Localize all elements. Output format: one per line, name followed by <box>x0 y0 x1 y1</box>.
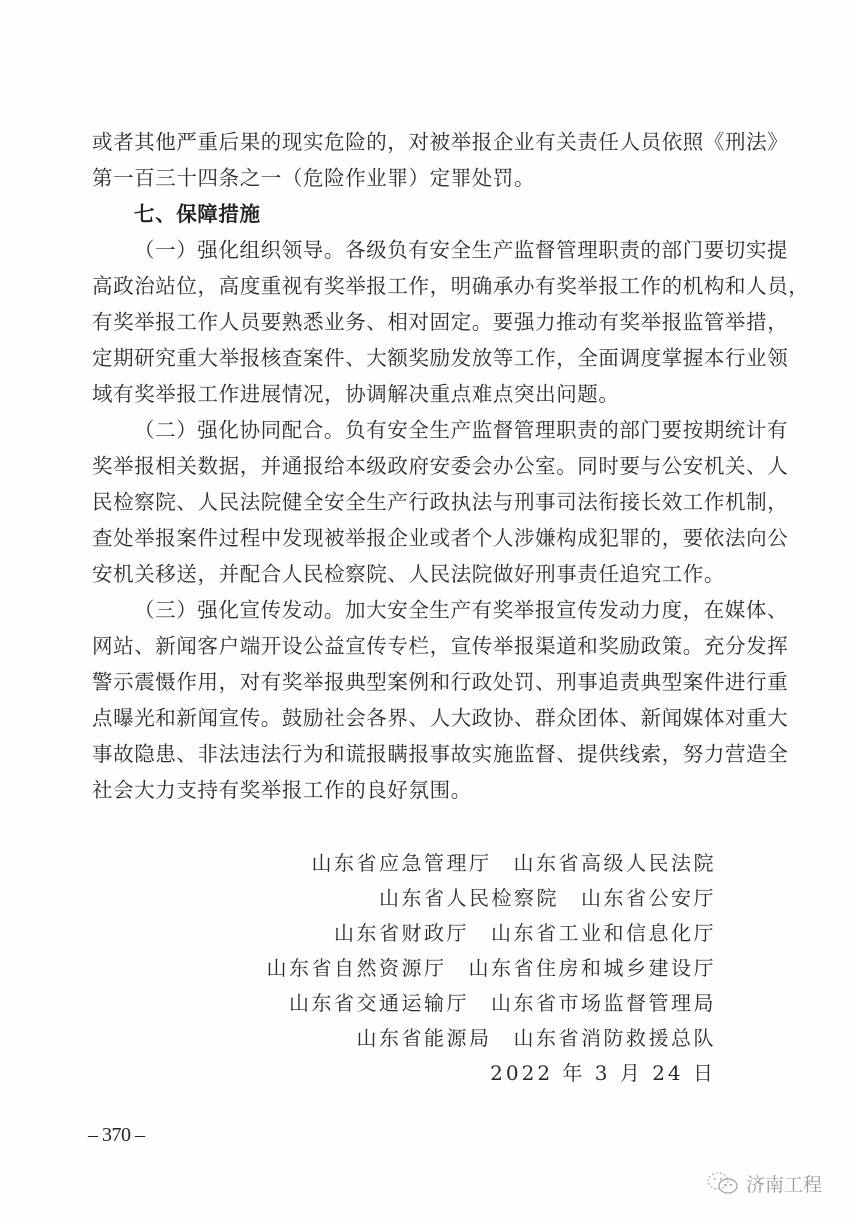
paragraph-3-line: 社会大力支持有奖举报工作的良好氛围。 <box>92 772 764 808</box>
signatory-row: 山东省能源局山东省消防救援总队 <box>216 1021 716 1056</box>
paragraph-2-line: 民检察院、人民法院健全安全生产行政执法与刑事司法衔接长效工作机制， <box>92 484 764 520</box>
paragraph-1-line: 域有奖举报工作进展情况，协调解决重点难点突出问题。 <box>92 376 764 412</box>
signatory-row: 山东省自然资源厅山东省住房和城乡建设厅 <box>216 951 716 986</box>
paragraph-1-line: 定期研究重大举报核查案件、大额奖励发放等工作，全面调度掌握本行业领 <box>92 340 764 376</box>
paragraph-1-line: 高政治站位，高度重视有奖举报工作，明确承办有奖举报工作的机构和人员， <box>92 268 764 304</box>
signatory-row: 山东省财政厅山东省工业和信息化厅 <box>216 916 716 951</box>
body-line: 第一百三十四条之一（危险作业罪）定罪处罚。 <box>92 160 764 196</box>
signatory: 山东省自然资源厅 <box>267 956 447 980</box>
signatory: 山东省财政厅 <box>334 921 469 945</box>
signatory: 山东省应急管理厅 <box>312 851 492 875</box>
paragraph-2-line: 安机关移送，并配合人民检察院、人民法院做好刑事责任追究工作。 <box>92 556 764 592</box>
signatory: 山东省消防救援总队 <box>514 1026 717 1050</box>
signatory-row: 山东省人民检察院山东省公安厅 <box>216 881 716 916</box>
page-number: – 370 – <box>88 1124 145 1147</box>
watermark-text: 济南工程 <box>746 1170 822 1197</box>
signatories-block: 山东省应急管理厅山东省高级人民法院 山东省人民检察院山东省公安厅 山东省财政厅山… <box>216 846 716 1091</box>
paragraph-3-line: 警示震慑作用，对有奖举报典型案例和行政处罚、刑事追责典型案件进行重 <box>92 664 764 700</box>
document-date: 2022 年 3 月 24 日 <box>216 1056 716 1091</box>
document-page: 或者其他严重后果的现实危险的，对被举报企业有关责任人员依照《刑法》 第一百三十四… <box>0 0 856 1225</box>
body-line: 或者其他严重后果的现实危险的，对被举报企业有关责任人员依照《刑法》 <box>92 124 764 160</box>
paragraph-2-line: （二）强化协同配合。负有安全生产监督管理职责的部门要按期统计有 <box>92 412 764 448</box>
paragraph-3-line: 网站、新闻客户端开设公益宣传专栏，宣传举报渠道和奖励政策。充分发挥 <box>92 628 764 664</box>
signatory: 山东省能源局 <box>357 1026 492 1050</box>
signatory: 山东省工业和信息化厅 <box>491 921 716 945</box>
signatory-row: 山东省应急管理厅山东省高级人民法院 <box>216 846 716 881</box>
signatory: 山东省市场监督管理局 <box>491 991 716 1015</box>
section-heading: 七、保障措施 <box>92 196 764 232</box>
signatory-row: 山东省交通运输厅山东省市场监督管理局 <box>216 986 716 1021</box>
paragraph-2-line: 奖举报相关数据，并通报给本级政府安委会办公室。同时要与公安机关、人 <box>92 448 764 484</box>
paragraph-3-line: （三）强化宣传发动。加大安全生产有奖举报宣传发动力度，在媒体、 <box>92 592 764 628</box>
signatory: 山东省交通运输厅 <box>289 991 469 1015</box>
signatory: 山东省高级人民法院 <box>514 851 717 875</box>
wechat-icon <box>706 1171 740 1197</box>
paragraph-3-line: 事故隐患、非法违法行为和谎报瞒报事故实施监督、提供线索，努力营造全 <box>92 736 764 772</box>
paragraph-1-line: 有奖举报工作人员要熟悉业务、相对固定。要强力推动有奖举报监管举措， <box>92 304 764 340</box>
signatory: 山东省住房和城乡建设厅 <box>469 956 717 980</box>
document-body: 或者其他严重后果的现实危险的，对被举报企业有关责任人员依照《刑法》 第一百三十四… <box>92 124 764 808</box>
paragraph-3-line: 点曝光和新闻宣传。鼓励社会各界、人大政协、群众团体、新闻媒体对重大 <box>92 700 764 736</box>
signatory: 山东省人民检察院 <box>379 886 559 910</box>
paragraph-1-line: （一）强化组织领导。各级负有安全生产监督管理职责的部门要切实提 <box>92 232 764 268</box>
watermark: 济南工程 <box>706 1170 822 1197</box>
signatory: 山东省公安厅 <box>581 886 716 910</box>
paragraph-2-line: 查处举报案件过程中发现被举报企业或者个人涉嫌构成犯罪的，要依法向公 <box>92 520 764 556</box>
